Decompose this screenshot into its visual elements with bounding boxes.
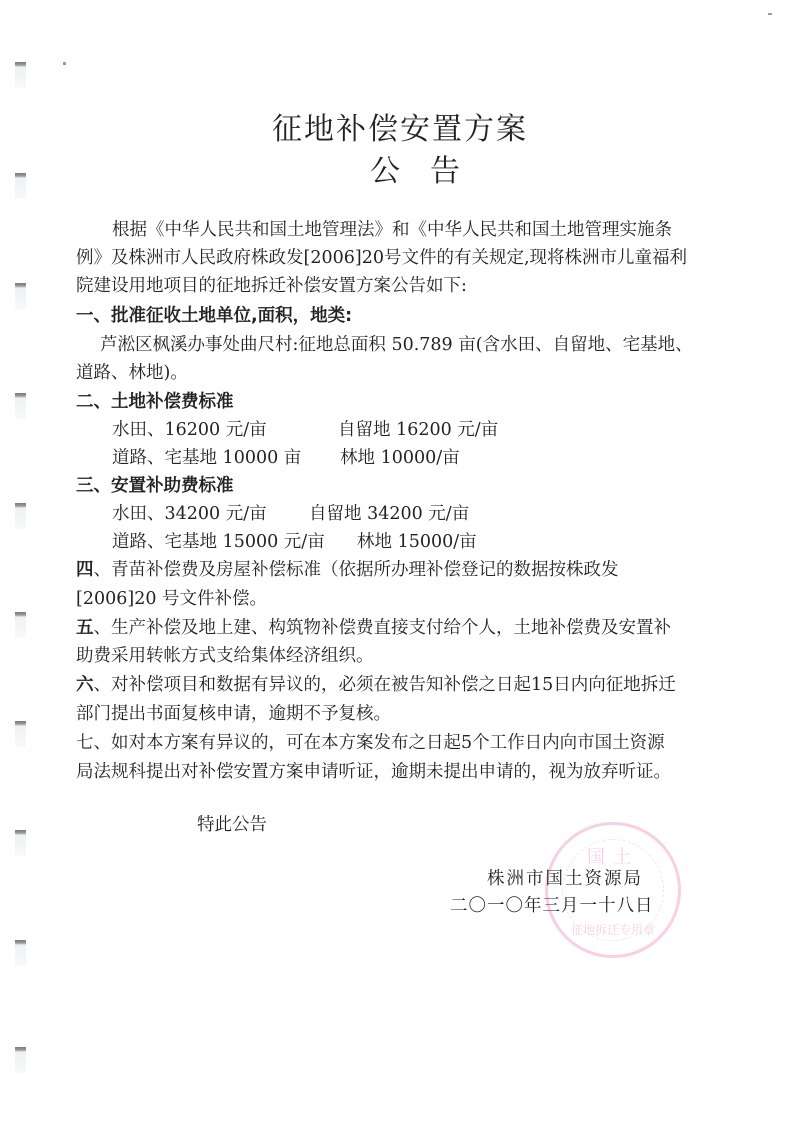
binder-hole-mark bbox=[15, 940, 26, 966]
binder-hole-mark bbox=[15, 721, 26, 747]
section-6-line: 六、对补偿项目和数据有异议的，必须在被告知补偿之日起15日内向征地拆迁 bbox=[76, 674, 676, 696]
document-title: 征地补偿安置方案 bbox=[0, 104, 800, 148]
document-page: 征地补偿安置方案 公告 根据《中华人民共和国土地管理法》和《中华人民共和国土地管… bbox=[0, 0, 800, 1137]
binder-hole-mark bbox=[15, 612, 26, 638]
binder-hole-mark bbox=[15, 393, 26, 419]
section-2-heading: 二、土地补偿费标准 bbox=[76, 391, 234, 413]
section-5-line: 助费采用转帐方式支给集体经济组织。 bbox=[76, 645, 374, 667]
section-5-number: 五 bbox=[76, 618, 94, 638]
rate-right: 林地 15000/亩 bbox=[357, 531, 477, 553]
section-4-line: [2006]20 号文件补偿。 bbox=[76, 588, 267, 610]
rate-right: 林地 10000/亩 bbox=[340, 447, 460, 469]
section-4-number: 四 bbox=[76, 560, 94, 580]
issuer-name: 株洲市国土资源局 bbox=[487, 868, 643, 890]
rate-left: 水田、16200 元/亩 bbox=[112, 419, 267, 441]
section-1-line: 道路、林地)。 bbox=[76, 362, 188, 384]
section-5-text: 、生产补偿及地上建、构筑物补偿费直接支付给个人，土地补偿费及安置补 bbox=[94, 618, 672, 638]
rate-left: 道路、宅基地 10000 亩 bbox=[112, 447, 301, 469]
section-5-line: 五、生产补偿及地上建、构筑物补偿费直接支付给个人，土地补偿费及安置补 bbox=[76, 617, 671, 639]
binder-hole-mark bbox=[15, 503, 26, 529]
seal-bottom-text: 征地拆迁专用章 bbox=[548, 921, 678, 938]
intro-line: 例》及株洲市人民政府株政发[2006]20号文件的有关规定,现将株洲市儿童福利 bbox=[76, 247, 687, 269]
seal-top-text: 国土 bbox=[548, 843, 678, 869]
binder-hole-mark bbox=[15, 283, 26, 309]
rate-left: 水田、34200 元/亩 bbox=[112, 503, 267, 525]
section-6-text: 、对补偿项目和数据有异议的，必须在被告知补偿之日起15日内向征地拆迁 bbox=[94, 675, 676, 695]
official-seal-stamp: 国土 征地拆迁专用章 bbox=[545, 822, 681, 958]
scan-speck bbox=[768, 13, 772, 15]
rate-right: 自留地 34200 元/亩 bbox=[309, 503, 469, 525]
scan-speck bbox=[63, 62, 66, 65]
closing-text: 特此公告 bbox=[197, 814, 267, 836]
rate-right: 自留地 16200 元/亩 bbox=[338, 419, 498, 441]
section-3-heading: 三、安置补助费标准 bbox=[76, 475, 234, 497]
section-7-line: 七、如对本方案有异议的，可在本方案发布之日起5个工作日内向市国土资源 bbox=[76, 732, 665, 754]
document-subtitle: 公告 bbox=[0, 146, 800, 190]
intro-line: 根据《中华人民共和国土地管理法》和《中华人民共和国土地管理实施条 bbox=[112, 219, 672, 241]
binder-hole-mark bbox=[15, 830, 26, 856]
issue-date: 二〇一〇年三月一十八日 bbox=[450, 895, 654, 917]
intro-line: 院建设用地项目的征地拆迁补偿安置方案公告如下: bbox=[76, 275, 467, 297]
section-7-line: 局法规科提出对补偿安置方案申请听证，逾期未提出申请的，视为放弃听证。 bbox=[76, 761, 671, 783]
rate-left: 道路、宅基地 15000 元/亩 bbox=[112, 531, 325, 553]
section-4-text: 、青苗补偿费及房屋补偿标准（依据所办理补偿登记的数据按株政发 bbox=[94, 560, 619, 580]
binder-hole-mark bbox=[15, 62, 26, 88]
section-4-line: 四、青苗补偿费及房屋补偿标准（依据所办理补偿登记的数据按株政发 bbox=[76, 559, 619, 581]
section-6-number: 六 bbox=[76, 675, 94, 695]
binder-hole-mark bbox=[15, 1047, 26, 1073]
section-1-heading: 一、批准征收土地单位,面积，地类: bbox=[76, 305, 352, 327]
section-1-line: 芦淞区枫溪办事处曲尺村:征地总面积 50.789 亩(含水田、自留地、宅基地、 bbox=[100, 334, 693, 356]
section-6-line: 部门提出书面复核申请，逾期不予复核。 bbox=[76, 703, 391, 725]
